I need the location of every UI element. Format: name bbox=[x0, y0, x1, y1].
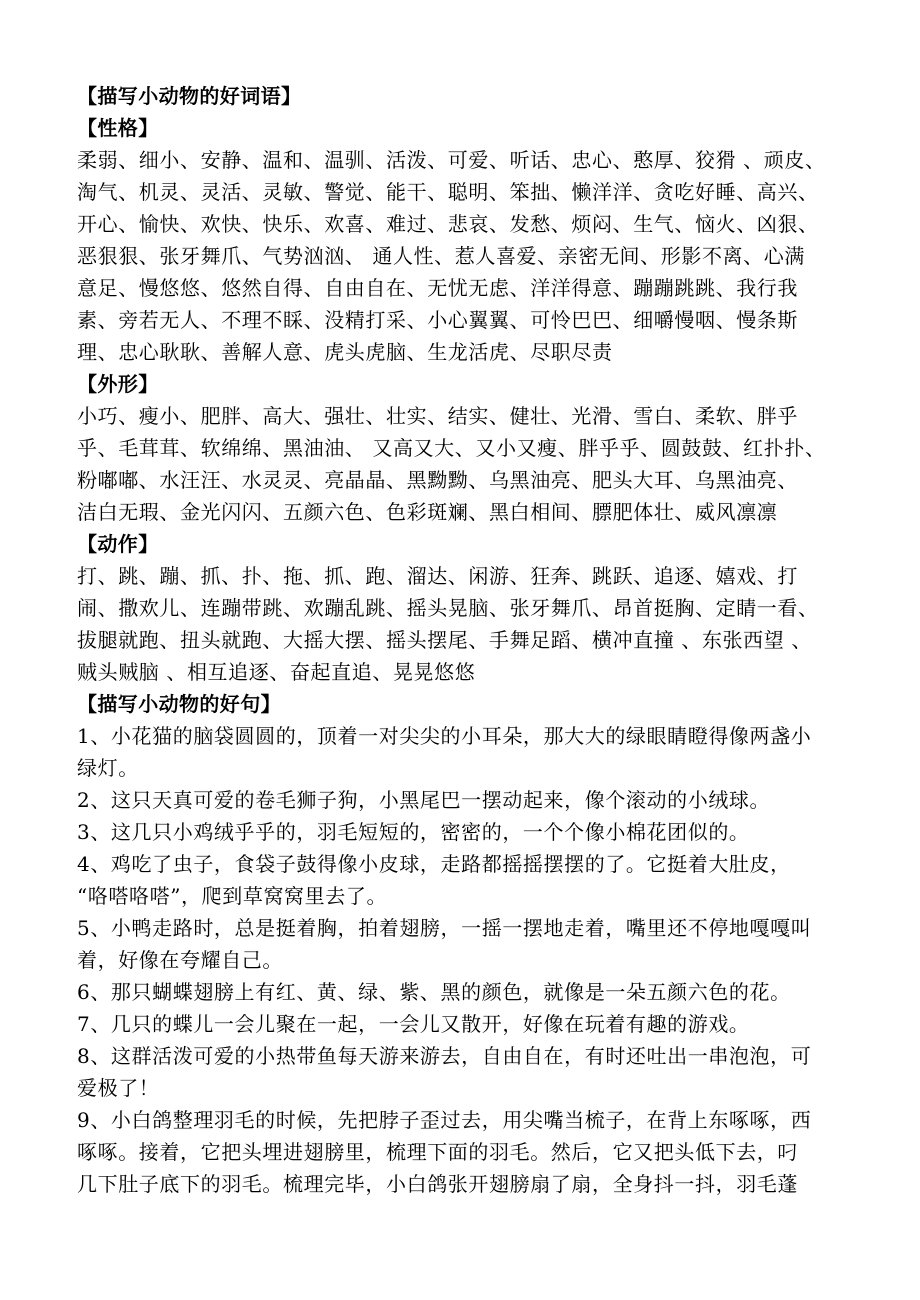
text-line: 9、小白鸽整理羽毛的时候，先把脖子歪过去，用尖嘴当梳子，在背上东啄啄，西 bbox=[77, 1104, 857, 1136]
text-line: 1、小花猫的脑袋圆圆的，顶着一对尖尖的小耳朵，那大大的绿眼睛瞪得像两盏小 bbox=[77, 720, 857, 752]
text-line: 闹、撒欢儿、连蹦带跳、欢蹦乱跳、摇头晃脑、张牙舞爪、昂首挺胸、定睛一看、 bbox=[77, 592, 857, 624]
text-line: 8、这群活泼可爱的小热带鱼每天游来游去，自由自在，有时还吐出一串泡泡，可 bbox=[77, 1040, 857, 1072]
section-appearance: 【外形】 小巧、瘦小、肥胖、高大、强壮、壮实、结实、健壮、光滑、雪白、柔软、胖乎… bbox=[77, 368, 857, 528]
text-line: 乎、毛茸茸、软绵绵、黑油油、 又高又大、又小又瘦、胖乎乎、圆鼓鼓、红扑扑、 bbox=[77, 432, 857, 464]
document-page: 【描写小动物的好词语】 【性格】 柔弱、细小、安静、温和、温驯、活泼、可爱、听话… bbox=[77, 80, 857, 1200]
text-line: 柔弱、细小、安静、温和、温驯、活泼、可爱、听话、忠心、憨厚、狡猾 、顽皮、 bbox=[77, 144, 857, 176]
document-title: 【描写小动物的好词语】 bbox=[77, 80, 857, 112]
text-line: 淘气、机灵、灵活、灵敏、警觉、能干、聪明、笨拙、懒洋洋、贪吃好睡、高兴、 bbox=[77, 176, 857, 208]
text-line: 绿灯。 bbox=[77, 752, 857, 784]
section-actions: 【动作】 打、跳、蹦、抓、扑、拖、抓、跑、溜达、闲游、狂奔、跳跃、追逐、嬉戏、打… bbox=[77, 528, 857, 688]
section-personality: 【性格】 柔弱、细小、安静、温和、温驯、活泼、可爱、听话、忠心、憨厚、狡猾 、顽… bbox=[77, 112, 857, 368]
text-line: 拔腿就跑、扭头就跑、大摇大摆、摇头摆尾、手舞足蹈、横冲直撞 、东张西望 、 bbox=[77, 624, 857, 656]
text-line: 4、鸡吃了虫子，食袋子鼓得像小皮球，走路都摇摇摆摆的了。它挺着大肚皮， bbox=[77, 848, 857, 880]
text-line: 7、几只的蝶儿一会儿聚在一起，一会儿又散开，好像在玩着有趣的游戏。 bbox=[77, 1008, 857, 1040]
section-sentences: 【描写小动物的好句】 1、小花猫的脑袋圆圆的，顶着一对尖尖的小耳朵，那大大的绿眼… bbox=[77, 688, 857, 1200]
text-line: 几下肚子底下的羽毛。梳理完毕，小白鸽张开翅膀扇了扇，全身抖一抖，羽毛蓬 bbox=[77, 1168, 857, 1200]
text-line: 着，好像在夸耀自己。 bbox=[77, 944, 857, 976]
text-line: 恶狠狠、张牙舞爪、气势汹汹、 通人性、惹人喜爱、亲密无间、形影不离、心满 bbox=[77, 240, 857, 272]
section-heading: 【动作】 bbox=[77, 528, 857, 560]
text-line: 6、那只蝴蝶翅膀上有红、黄、绿、紫、黑的颜色，就像是一朵五颜六色的花。 bbox=[77, 976, 857, 1008]
text-line: 素、旁若无人、不理不睬、没精打采、小心翼翼、可怜巴巴、细嚼慢咽、慢条斯 bbox=[77, 304, 857, 336]
text-line: “咯嗒咯嗒”，爬到草窝窝里去了。 bbox=[77, 880, 857, 912]
text-line: 开心、愉快、欢快、快乐、欢喜、难过、悲哀、发愁、烦闷、生气、恼火、凶狠、 bbox=[77, 208, 857, 240]
section-heading: 【描写小动物的好句】 bbox=[77, 688, 857, 720]
text-line: 3、这几只小鸡绒乎乎的，羽毛短短的，密密的，一个个像小棉花团似的。 bbox=[77, 816, 857, 848]
section-heading: 【性格】 bbox=[77, 112, 857, 144]
text-line: 5、小鸭走路时，总是挺着胸，拍着翅膀，一摇一摆地走着，嘴里还不停地嘎嘎叫 bbox=[77, 912, 857, 944]
text-line: 小巧、瘦小、肥胖、高大、强壮、壮实、结实、健壮、光滑、雪白、柔软、胖乎 bbox=[77, 400, 857, 432]
text-line: 打、跳、蹦、抓、扑、拖、抓、跑、溜达、闲游、狂奔、跳跃、追逐、嬉戏、打 bbox=[77, 560, 857, 592]
text-line: 贼头贼脑 、相互追逐、奋起直追、晃晃悠悠 bbox=[77, 656, 857, 688]
text-line: 啄啄。接着，它把头埋进翅膀里，梳理下面的羽毛。然后，它又把头低下去，叼 bbox=[77, 1136, 857, 1168]
text-line: 粉嘟嘟、水汪汪、水灵灵、亮晶晶、黑黝黝、乌黑油亮、肥头大耳、乌黑油亮、 bbox=[77, 464, 857, 496]
text-line: 洁白无瑕、金光闪闪、五颜六色、色彩斑斓、黑白相间、膘肥体壮、威风凛凛 bbox=[77, 496, 857, 528]
text-line: 爱极了！ bbox=[77, 1072, 857, 1104]
section-heading: 【外形】 bbox=[77, 368, 857, 400]
text-line: 理、忠心耿耿、善解人意、虎头虎脑、生龙活虎、尽职尽责 bbox=[77, 336, 857, 368]
text-line: 意足、慢悠悠、悠然自得、自由自在、无忧无虑、洋洋得意、蹦蹦跳跳、我行我 bbox=[77, 272, 857, 304]
text-line: 2、这只天真可爱的卷毛狮子狗，小黑尾巴一摆动起来，像个滚动的小绒球。 bbox=[77, 784, 857, 816]
